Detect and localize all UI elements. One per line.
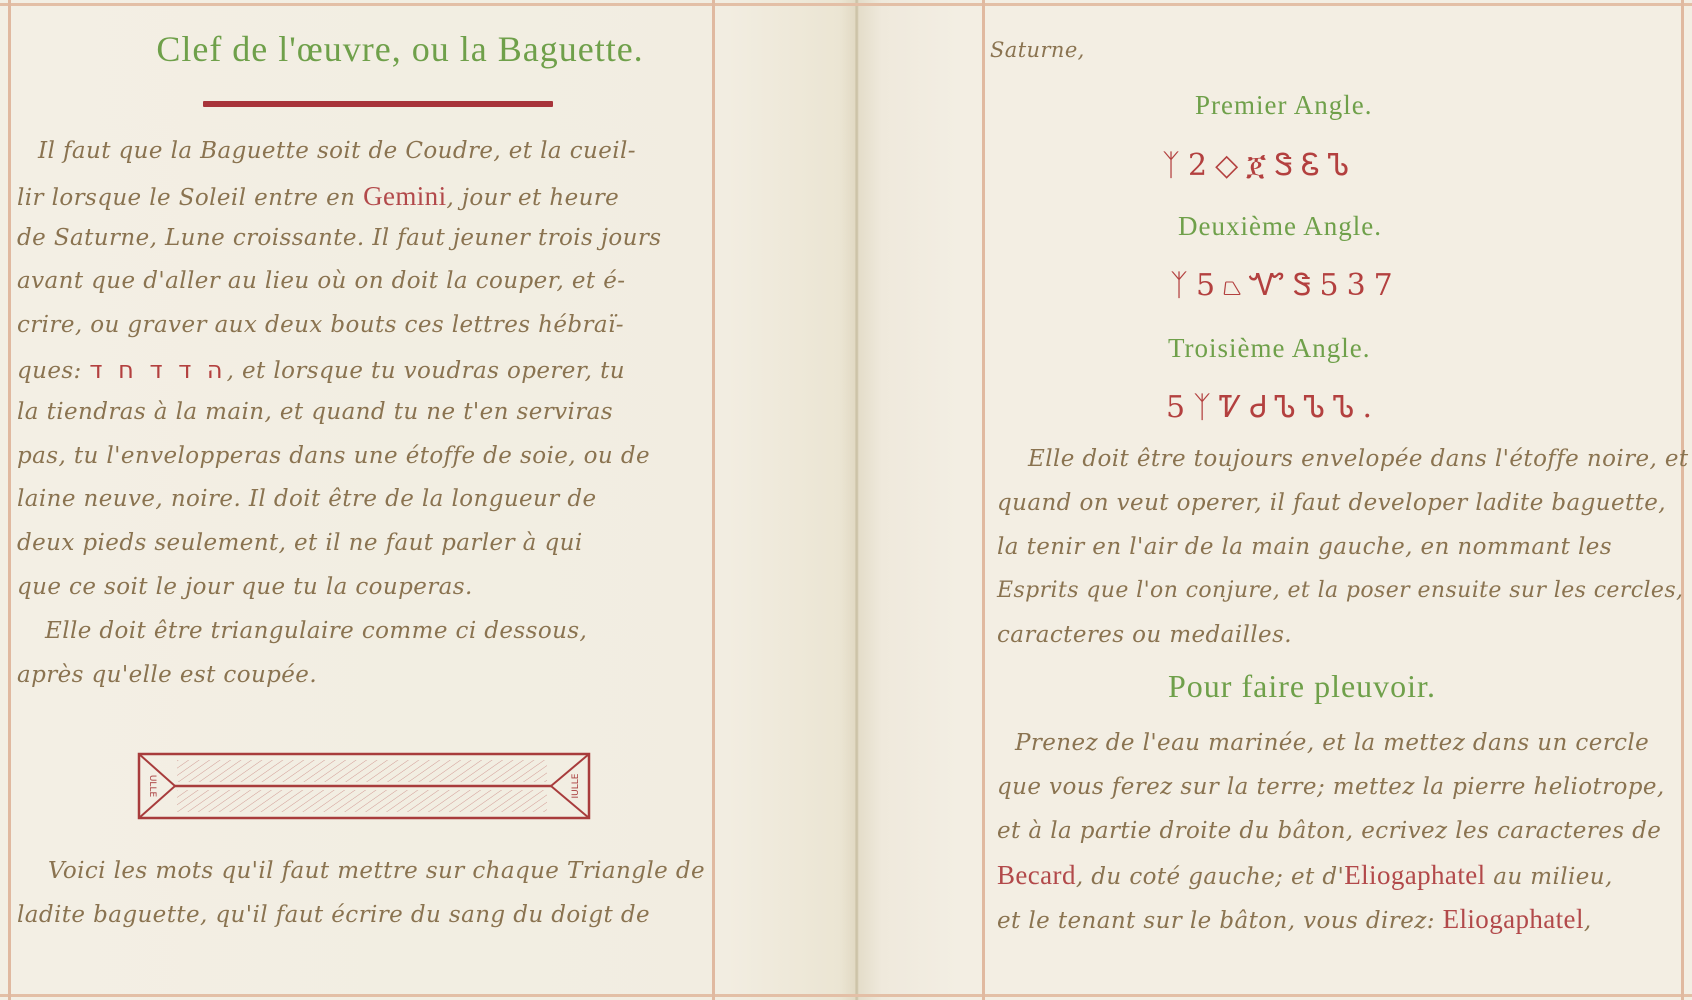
text-line: la tiendras à la main, et quand tu ne t'…	[17, 399, 613, 425]
text-line: que ce soit le jour que tu la couperas.	[17, 574, 473, 600]
text-line: Voici les mots qu'il faut mettre sur cha…	[48, 858, 705, 884]
rubric-word-eliogaphatel: Eliogaphatel	[1344, 860, 1485, 890]
rubric-word-eliogaphatel: Eliogaphatel	[1443, 904, 1584, 934]
text-fragment: ques:	[17, 358, 89, 384]
text-line: crire, ou graver aux deux bouts ces lett…	[17, 312, 624, 338]
text-fragment: au milieu,	[1486, 864, 1613, 890]
left-page-inner-rule	[712, 0, 715, 1000]
text-line: après qu'elle est coupée.	[17, 662, 317, 688]
text-line: Elle doit être triangulaire comme ci des…	[45, 618, 587, 644]
triangular-wand-diagram: ULLE IULLE	[137, 752, 592, 820]
book-spine-gutter	[855, 0, 859, 1000]
left-page-outer-rule	[8, 0, 11, 1000]
angle-heading-1: Premier Angle.	[1195, 90, 1372, 121]
section-heading: Pour faire pleuvoir.	[1168, 668, 1436, 705]
text-line: deux pieds seulement, et il ne faut parl…	[17, 530, 583, 556]
text-fragment: lir lorsque le Soleil entre en	[17, 185, 363, 211]
text-fragment: , jour et heure	[446, 185, 619, 211]
text-line: de Saturne, Lune croissante. Il faut jeu…	[17, 225, 662, 251]
bottom-frame-rule	[0, 994, 1692, 997]
text-fragment: , du coté gauche; et d'	[1076, 864, 1344, 890]
text-line: et à la partie droite du bâton, ecrivez …	[997, 818, 1661, 844]
text-fragment: ,	[1584, 908, 1592, 934]
text-line: la tenir en l'air de la main gauche, en …	[997, 534, 1612, 560]
wand-right-end-text: IULLE	[571, 773, 581, 798]
title-underline-rule	[203, 101, 553, 107]
text-line: Prenez de l'eau marinée, et la mettez da…	[1015, 730, 1649, 756]
text-line: caracteres ou medailles.	[997, 622, 1292, 648]
text-line: ladite baguette, qu'il faut écrire du sa…	[17, 902, 650, 928]
text-fragment: et le tenant sur le bâton, vous direz:	[997, 908, 1443, 934]
angle-characters-3: 5ᛉᏤᏧᏖᏖᏖ.	[1166, 390, 1380, 425]
top-frame-rule	[0, 3, 1692, 6]
hebrew-letters: ה ד ד ח ד	[89, 356, 226, 384]
text-line: quand on veut operer, il faut developer …	[997, 490, 1666, 516]
text-line: laine neuve, noire. Il doit être de la l…	[17, 486, 597, 512]
text-line: avant que d'aller au lieu où on doit la …	[17, 268, 625, 294]
angle-characters-1: ᛉ2◇ጀᏕᏋᏖ	[1162, 148, 1357, 183]
text-line: que vous ferez sur la terre; mettez la p…	[997, 774, 1665, 800]
text-line: et le tenant sur le bâton, vous direz: E…	[997, 904, 1592, 935]
wand-left-end-text: ULLE	[147, 775, 157, 798]
text-line: ques: ה ד ד ח ד, et lorsque tu voudras o…	[17, 356, 625, 384]
text-line: Elle doit être toujours envelopée dans l…	[1028, 446, 1689, 472]
right-page-inner-rule	[982, 0, 985, 1000]
angle-heading-2: Deuxième Angle.	[1178, 211, 1382, 242]
text-line: Becard, du coté gauche; et d'Eliogaphate…	[997, 860, 1613, 891]
right-page-outer-rule	[1681, 0, 1684, 1000]
page-title: Clef de l'œuvre, ou la Baguette.	[120, 28, 680, 70]
text-line: Il faut que la Baguette soit de Coudre, …	[38, 138, 636, 164]
text-line: lir lorsque le Soleil entre en Gemini, j…	[17, 181, 619, 212]
rubric-word-becard: Becard	[997, 860, 1076, 890]
angle-heading-3: Troisième Angle.	[1168, 333, 1371, 364]
text-line: Esprits que l'on conjure, et la poser en…	[997, 578, 1683, 603]
angle-characters-2: ᛉ5⏢ᏉᏕ537	[1170, 268, 1401, 303]
text-line-continuation: Saturne,	[990, 38, 1085, 62]
text-line: pas, tu l'envelopperas dans une étoffe d…	[17, 443, 650, 469]
text-fragment: , et lorsque tu voudras operer, tu	[227, 358, 625, 384]
rubric-word-gemini: Gemini	[363, 181, 446, 211]
